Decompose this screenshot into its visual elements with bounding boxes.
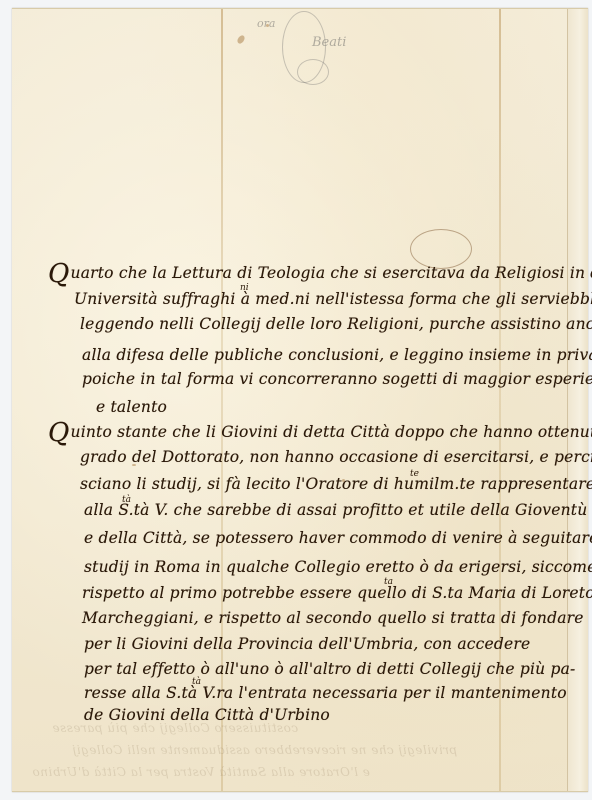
superscript: ni: [240, 283, 249, 293]
superscript: ta: [384, 577, 393, 587]
text-line: e talento: [96, 398, 167, 416]
text-line: per tal effetto ò all'uno ò all'altro di…: [84, 660, 575, 678]
text-line: resse alla S.tà V.ra l'entrata necessari…: [84, 684, 567, 702]
manuscript-page: ora Beati costituissero Collegij che più…: [12, 8, 588, 792]
text-line: poiche in tal forma vi concorreranno sog…: [82, 370, 592, 388]
text-line: leggendo nelli Collegij delle loro Relig…: [80, 315, 592, 333]
decorated-initial: Q: [48, 418, 70, 448]
text-line: sciano li studij, si fà lecito l'Oratore…: [80, 475, 592, 493]
text-line: alla difesa delle publiche conclusioni, …: [82, 346, 592, 364]
scan-canvas: ora Beati costituissero Collegij che più…: [0, 0, 592, 800]
text-line: de Giovini della Città d'Urbino: [84, 706, 330, 724]
superscript: tà: [122, 495, 131, 505]
text-line: studij in Roma in qualche Collegio erett…: [84, 558, 592, 576]
text-line: rispetto al primo potrebbe essere quello…: [82, 584, 592, 602]
text-line: e della Città, se potessero haver commod…: [84, 529, 592, 547]
ink-speck: [132, 464, 136, 466]
text-line: Università suffraghi à med.ni nell'istes…: [74, 290, 592, 308]
ink-speck: [517, 693, 520, 696]
manuscript-text: Quarto che la Lettura di Teologia che si…: [12, 9, 588, 791]
text-line: Marcheggiani, e rispetto al secondo quel…: [82, 609, 584, 627]
text-line: alla S.tà V. che sarebbe di assai profit…: [84, 501, 587, 519]
superscript: te: [410, 469, 419, 479]
text-line: Quarto che la Lettura di Teologia che si…: [48, 261, 592, 287]
text-line: Quinto stante che li Giovini di detta Ci…: [48, 420, 592, 446]
superscript: tà: [192, 677, 201, 687]
ink-speck: [342, 479, 345, 482]
text-line: grado del Dottorato, non hanno occasione…: [80, 448, 592, 466]
decorated-initial: Q: [48, 259, 70, 289]
text-line: per li Giovini della Provincia dell'Umbr…: [84, 635, 530, 653]
